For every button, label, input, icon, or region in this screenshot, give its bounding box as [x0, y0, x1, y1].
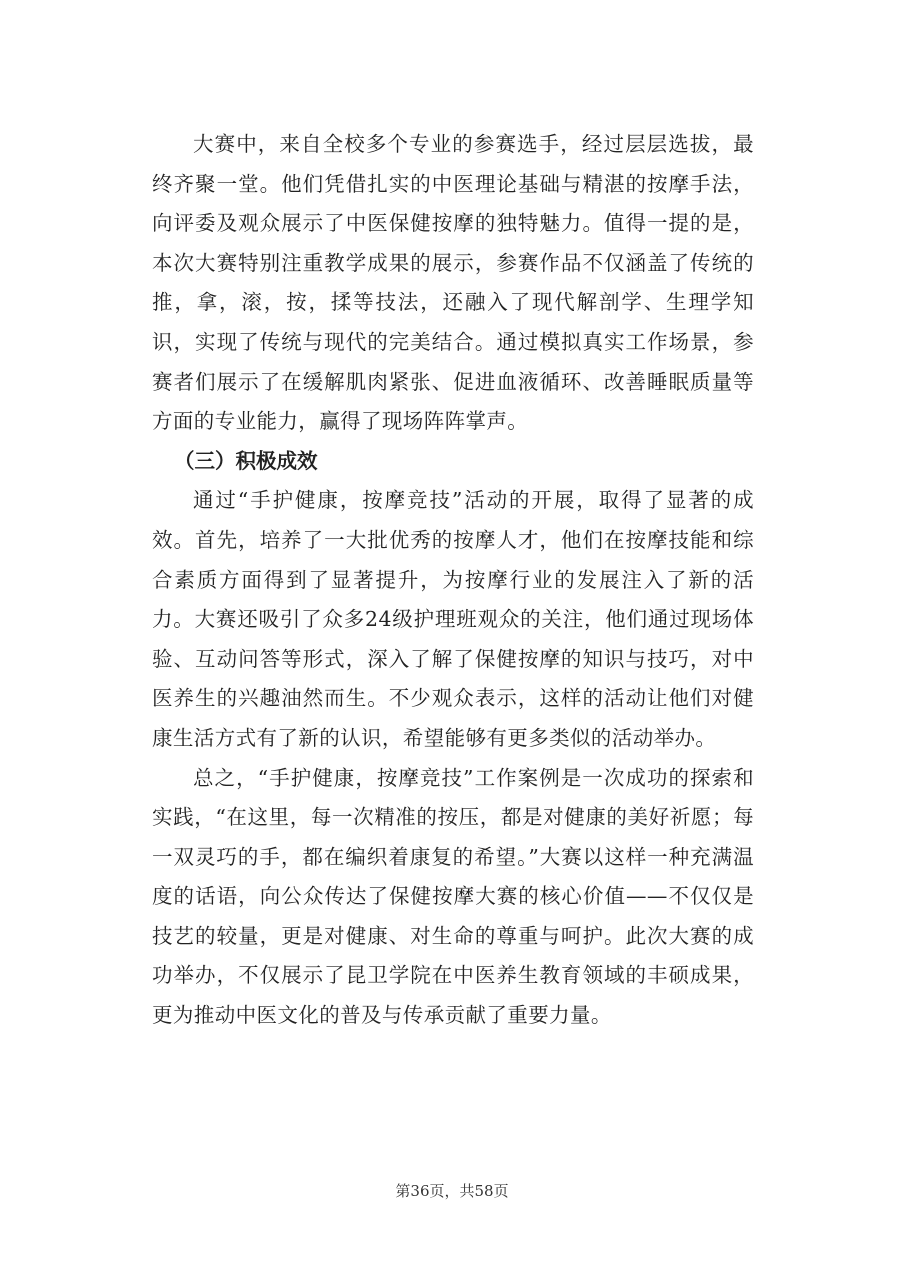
- paragraph-competition-overview: 大赛中，来自全校多个专业的参赛选手，经过层层选拔，最终齐聚一堂。他们凭借扎实的中…: [152, 125, 754, 442]
- section-heading-positive-results: （三）积极成效: [152, 442, 754, 482]
- page-number-indicator: 第36页，共58页: [395, 1182, 508, 1200]
- paragraph-results: 通过“手护健康，按摩竞技”活动的开展，取得了显著的成效。首先，培养了一大批优秀的…: [152, 481, 754, 758]
- paragraph-conclusion: 总之，“手护健康，按摩竞技”工作案例是一次成功的探索和实践，“在这里，每一次精准…: [152, 759, 754, 1036]
- page-footer: 第36页，共58页: [0, 1180, 904, 1201]
- document-page: 大赛中，来自全校多个专业的参赛选手，经过层层选拔，最终齐聚一堂。他们凭借扎实的中…: [152, 125, 754, 1036]
